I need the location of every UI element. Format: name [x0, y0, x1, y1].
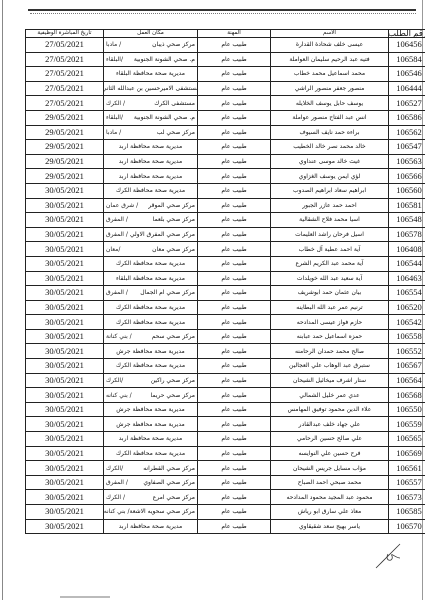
cell-workplace: مديرية صحة محافظة جرش [104, 417, 198, 432]
cell-name: بيان عثمان حمد ابوشريف [271, 286, 389, 301]
cell-profession: طبيب عام [198, 140, 271, 155]
workplace-name: مركز صحي حريما [151, 389, 195, 402]
cell-workplace: مركز صحي بلعما/ المفرق [104, 213, 198, 228]
cell-name: اسيا محمد فلاح الشقالية [271, 213, 389, 228]
cell-start-date: 30/05/2021 [26, 359, 104, 374]
cell-start-date: 29/05/2021 [26, 154, 104, 169]
workplace-wrap: مديرية صحة محافظة الكرك [106, 447, 195, 460]
table-row: 162106559علي جهاد خلف عبدالقادرطبيب عامم… [26, 417, 425, 432]
table-row: 146106560ابراهيم سعاد ابراهيم الصدوبطبيب… [26, 183, 425, 198]
cell-app-no: 106527 [389, 96, 425, 111]
workplace-wrap: مديرية صحة محافظة الكرك [106, 301, 195, 314]
cell-profession: طبيب عام [198, 110, 271, 125]
cell-workplace: مستشفى الكرك/ الكرك [104, 96, 198, 111]
workplace-name: مديرية صحة محافظة اربد [119, 520, 182, 533]
cell-profession: طبيب عام [198, 373, 271, 388]
workplace-wrap: مديرية صحة محافظة البلقاء [106, 67, 195, 80]
cell-profession: طبيب عام [198, 344, 271, 359]
cell-start-date: 30/05/2021 [26, 490, 104, 505]
workplace-wrap: مديرية صحة محافظة جرش [106, 418, 195, 431]
table-row: 160106568عدي عمر خليل الشماليطبيب عاممرك… [26, 388, 425, 403]
cell-profession: طبيب عام [198, 183, 271, 198]
workplace-wrap: مركز صحي لب/ مادبا [106, 126, 195, 139]
cell-workplace: مديرية صحة محافظة جرش [104, 402, 198, 417]
workplace-name: مديرية صحة محافظة اربد [119, 170, 182, 183]
cell-start-date: 30/05/2021 [26, 388, 104, 403]
cell-name: حازم فواز عيسى المدادحه [271, 315, 389, 330]
cell-name: آية سعيد عبد الله خويلدات [271, 271, 389, 286]
cell-profession: طبيب عام [198, 446, 271, 461]
cell-workplace: مركز صحي ام الجمال/ المفرق [104, 286, 198, 301]
workplace-name: مديرية صحة محافظة الكرك [116, 359, 185, 372]
table-row: 149106578اسيل فرحان راشد العليماتطبيب عا… [26, 227, 425, 242]
cell-profession: طبيب عام [198, 475, 271, 490]
table-row: 163106565علي صالح حسين الرحاميطبيب عاممد… [26, 432, 425, 447]
table-row: 136106456عيسى خلف شحادة القدارةطبيب عامم… [26, 38, 425, 53]
bottom-scan-mark [60, 596, 110, 598]
cell-start-date: 27/05/2021 [26, 96, 104, 111]
cell-app-no: 106570 [389, 519, 425, 534]
workplace-region: / مادبا [106, 126, 121, 139]
cell-workplace: مركز صحي الموقر/ شرق عمان [104, 198, 198, 213]
cell-start-date: 30/05/2021 [26, 373, 104, 388]
cell-start-date: 27/05/2021 [26, 81, 104, 96]
table-row: 141106586انس عبد الفتاح منصور عواملةطبيب… [26, 110, 425, 125]
cell-start-date: 30/05/2021 [26, 227, 104, 242]
cell-app-no: 106557 [389, 475, 425, 490]
cell-name: ستبرق عبد الوهاب علي العجالين [271, 359, 389, 374]
cell-app-no: 106569 [389, 446, 425, 461]
cell-app-no: 106520 [389, 300, 425, 315]
cell-start-date: 30/05/2021 [26, 256, 104, 271]
cell-profession: طبيب عام [198, 52, 271, 67]
cell-profession: طبيب عام [198, 505, 271, 520]
workplace-name: مركز صحي الصفاوي [143, 476, 195, 489]
workplace-name: مركز صحي القطرانه [143, 462, 195, 475]
workplace-region: /البلقاء [106, 111, 123, 124]
cell-start-date: 30/05/2021 [26, 198, 104, 213]
cell-name: علي صالح حسين الرحامي [271, 432, 389, 447]
cell-app-no: 106554 [389, 286, 425, 301]
cell-start-date: 30/05/2021 [26, 432, 104, 447]
cell-profession: طبيب عام [198, 286, 271, 301]
cell-workplace: مركز صحي المفرق الاولي/ المفرق [104, 227, 198, 242]
workplace-wrap: مركز صحي سحويه الاشعة/ بني كنانه [106, 505, 195, 518]
cell-workplace: مركز صحي امرع/ الكرك [104, 490, 198, 505]
workplace-wrap: مركز صحي ام الجمال/ المفرق [106, 286, 195, 299]
cell-name: ستار اشرف ميخائيل الشيحان [271, 373, 389, 388]
table-row: 165106561مؤاب مسايل جريس الشيحانطبيب عام… [26, 461, 425, 476]
table-row: 158106567ستبرق عبد الوهاب علي العجالينطب… [26, 359, 425, 374]
page-edge-left [2, 0, 3, 600]
cell-app-no: 106552 [389, 344, 425, 359]
cell-start-date: 30/05/2021 [26, 286, 104, 301]
cell-name: معاذ علي سارق ابو رياش [271, 505, 389, 520]
cell-profession: طبيب عام [198, 81, 271, 96]
cell-profession: طبيب عام [198, 432, 271, 447]
cell-workplace: مركز صحي سحويه الاشعة/ بني كنانه [104, 505, 198, 520]
cell-workplace: مركز صحي معان/معان [104, 242, 198, 257]
cell-workplace: مديرية صحة محافظة اربد [104, 519, 198, 534]
cell-app-no: 106548 [389, 213, 425, 228]
cell-start-date: 29/05/2021 [26, 140, 104, 155]
cell-name: ابراهيم سعاد ابراهيم الصدوب [271, 183, 389, 198]
cell-name: علي جهاد خلف عبدالقادر [271, 417, 389, 432]
workplace-name: مركز صحي ذيبان [152, 38, 195, 51]
header-workplace: مكان العمل [104, 30, 198, 38]
cell-name: ياسر بهيج سعد شقيقاوي [271, 519, 389, 534]
workplace-region: / بني كنانه [106, 389, 132, 402]
table-row: 159106564ستار اشرف ميخائيل الشيحانطبيب ع… [26, 373, 425, 388]
workplace-wrap: مركز صحي ذيبان/ مادبا [106, 38, 195, 51]
cell-start-date: 30/05/2021 [26, 475, 104, 490]
cell-profession: طبيب عام [198, 461, 271, 476]
header-profession: المهنة [198, 30, 271, 38]
top-rule [28, 9, 416, 11]
cell-name: انس عبد الفتاح منصور عواملة [271, 110, 389, 125]
cell-workplace: مديرية صحة محافظة الكرك [104, 315, 198, 330]
workplace-name: مديرية صحة محافظة اربد [119, 432, 182, 445]
appointments-table: ت رقم الطلب الاسم المهنة مكان العمل تاري… [25, 29, 425, 534]
cell-profession: طبيب عام [198, 169, 271, 184]
cell-app-no: 106566 [389, 169, 425, 184]
workplace-wrap: مركز صحي بلعما/ المفرق [106, 213, 195, 226]
cell-profession: طبيب عام [198, 315, 271, 330]
cell-name: عيسى خلف شحادة القدارة [271, 38, 389, 53]
table-row: 140106527يوسف حابل يوسف الخلايلهطبيب عام… [26, 96, 425, 111]
cell-profession: طبيب عام [198, 125, 271, 140]
workplace-wrap: مركز صحي المفرق الاولي/ المفرق [106, 228, 195, 241]
cell-profession: طبيب عام [198, 256, 271, 271]
cell-workplace: مركز صحي راكين/الكرك [104, 373, 198, 388]
workplace-region: /الكرك [106, 462, 123, 475]
cell-app-no: 106559 [389, 417, 425, 432]
cell-start-date: 27/05/2021 [26, 52, 104, 67]
workplace-name: مركز صحي راكين [151, 374, 195, 387]
table-row: 139106444منصور جعفر منصور الراشيطبيب عام… [26, 81, 425, 96]
header-name: الاسم [271, 30, 389, 38]
cell-profession: طبيب عام [198, 227, 271, 242]
workplace-region: / الكرك [106, 491, 125, 504]
workplace-name: مديرية صحة محافظة جرش [116, 403, 184, 416]
cell-app-no: 106584 [389, 52, 425, 67]
cell-profession: طبيب عام [198, 154, 271, 169]
workplace-name: مديرية صحة محافظة جرش [116, 345, 184, 358]
workplace-name: مركز صحي امرع [153, 491, 195, 504]
cell-name: محمد صبحي احمد الصباح [271, 475, 389, 490]
workplace-wrap: مديرية صحة محافظة الكرك [106, 359, 195, 372]
table-row: 152106463آية سعيد عبد الله خويلداتطبيب ع… [26, 271, 425, 286]
workplace-wrap: مركز صحي امرع/ الكرك [106, 491, 195, 504]
table-row: 161106550علاء الدين محمود توفيق المهامسط… [26, 402, 425, 417]
workplace-name: مديرية صحة محافظة الكرك [116, 316, 185, 329]
cell-app-no: 106563 [389, 154, 425, 169]
workplace-wrap: مركز صحي سحم/ بني كنانة [106, 330, 195, 343]
table-row: 145106566لؤي ايمن يوسف الغزاويطبيب عاممد… [26, 169, 425, 184]
cell-start-date: 30/05/2021 [26, 461, 104, 476]
workplace-name: مركز صحي سحم [152, 330, 195, 343]
table-header-row: ت رقم الطلب الاسم المهنة مكان العمل تاري… [26, 30, 425, 38]
cell-name: اسيل فرحان راشد العليمات [271, 227, 389, 242]
table-row: 142106562براءه حمد نايف السيوفطبيب عاممر… [26, 125, 425, 140]
cell-workplace: مديرية صحة محافظة الكرك [104, 183, 198, 198]
cell-profession: طبيب عام [198, 329, 271, 344]
workplace-region: / الكرك [106, 97, 125, 110]
cell-app-no: 106444 [389, 81, 425, 96]
cell-start-date: 30/05/2021 [26, 300, 104, 315]
cell-profession: طبيب عام [198, 359, 271, 374]
cell-workplace: مديرية صحة محافظة الكرك [104, 256, 198, 271]
cell-workplace: مديرية صحة محافظة اربد [104, 154, 198, 169]
cell-name: فتيه عبد الرحيم سليمان العواملة [271, 52, 389, 67]
workplace-region: / مادبا [106, 38, 121, 51]
cell-name: محمود عبد المجيد محمود المدادحه [271, 490, 389, 505]
workplace-wrap: مديرية صحة محافظة الكرك [106, 184, 195, 197]
cell-app-no: 106550 [389, 402, 425, 417]
table-row: 150106408آية احمد عطية آل خطابطبيب عاممر… [26, 242, 425, 257]
workplace-region: / المفرق [106, 476, 128, 489]
cell-name: آية احمد عطية آل خطاب [271, 242, 389, 257]
workplace-name: مركز صحي سحويه الاشعة [130, 505, 196, 518]
cell-start-date: 30/05/2021 [26, 519, 104, 534]
workplace-name: مستشفى الاميرحسين بن عبدالله الثاني [104, 82, 198, 95]
cell-workplace: مركز صحي القطرانه/الكرك [104, 461, 198, 476]
cell-workplace: مديرية صحة محافظة الكرك [104, 300, 198, 315]
cell-start-date: 30/05/2021 [26, 315, 104, 330]
cell-start-date: 30/05/2021 [26, 213, 104, 228]
cell-app-no: 106547 [389, 140, 425, 155]
cell-name: غيث خالد موسى عنداوي [271, 154, 389, 169]
cell-name: براءه حمد نايف السيوف [271, 125, 389, 140]
workplace-region: /الكرك [106, 374, 123, 387]
cell-app-no: 106578 [389, 227, 425, 242]
cell-start-date: 30/05/2021 [26, 183, 104, 198]
cell-profession: طبيب عام [198, 519, 271, 534]
table-body: 136106456عيسى خلف شحادة القدارةطبيب عامم… [26, 38, 425, 534]
table-row: 143106547خالد محمد نصر خالد الخطيبطبيب ع… [26, 140, 425, 155]
header-start-date: تاريخ المباشرة الوظيفية [26, 30, 104, 38]
workplace-wrap: مركز صحي راكين/الكرك [106, 374, 195, 387]
workplace-name: مديرية صحة محافظة الكرك [116, 257, 185, 270]
cell-app-no: 106560 [389, 183, 425, 198]
workplace-wrap: مديرية صحة محافظة اربد [106, 170, 195, 183]
cell-workplace: مديرية صحة محافظة البلقاء [104, 67, 198, 82]
cell-name: مؤاب مسايل جريس الشيحان [271, 461, 389, 476]
cell-workplace: مركز صحي ذيبان/ مادبا [104, 38, 198, 53]
workplace-region: / المفرق [106, 228, 128, 241]
workplace-name: مديرية صحة محافظة البلقاء [116, 272, 185, 285]
cell-name: عدي عمر خليل الشمالي [271, 388, 389, 403]
workplace-wrap: مركز صحي معان/معان [106, 243, 195, 256]
table-row: 144106563غيث خالد موسى عنداويطبيب عاممدي… [26, 154, 425, 169]
workplace-name: مديرية صحة محافظة اربد [119, 155, 182, 168]
cell-workplace: مديرية صحة محافظة جرش [104, 344, 198, 359]
cell-profession: طبيب عام [198, 402, 271, 417]
workplace-region: /معان [106, 243, 120, 256]
table-row: 156106558حمزه اسماعيل حمد عبابنهطبيب عام… [26, 329, 425, 344]
workplace-name: مديرية صحة محافظة الكرك [116, 447, 185, 460]
cell-workplace: مستشفى الاميرحسين بن عبدالله الثاني [104, 81, 198, 96]
workplace-name: مديرية صحة محافظة اربد [119, 140, 182, 153]
cell-profession: طبيب عام [198, 213, 271, 228]
cell-name: لؤي ايمن يوسف الغزاوي [271, 169, 389, 184]
workplace-wrap: مديرية صحة محافظة الكرك [106, 257, 195, 270]
cell-workplace: مركز صحي سحم/ بني كنانة [104, 329, 198, 344]
cell-workplace: مركز صحي حريما/ بني كنانه [104, 388, 198, 403]
cell-workplace: م. صحي الشونة الجنوبية/البلقاء [104, 110, 198, 125]
table-row: 154106520ترنيم عمر عبد الله البطاينهطبيب… [26, 300, 425, 315]
cell-profession: طبيب عام [198, 198, 271, 213]
cell-app-no: 106408 [389, 242, 425, 257]
workplace-name: م. صحي الشونة الجنوبية [134, 111, 195, 124]
workplace-name: مركز صحي الموقر [148, 199, 195, 212]
cell-profession: طبيب عام [198, 417, 271, 432]
workplace-wrap: مركز صحي الصفاوي/ المفرق [106, 476, 195, 489]
table-row: 166106557محمد صبحي احمد الصباحطبيب عاممر… [26, 475, 425, 490]
header-app-no: رقم الطلب [389, 30, 425, 38]
workplace-wrap: مديرية صحة محافظة جرش [106, 345, 195, 358]
workplace-wrap: مديرية صحة محافظة اربد [106, 520, 195, 533]
cell-name: صالح محمد حمدان الرحامنه [271, 344, 389, 359]
workplace-wrap: م. صحي الشونة الجنوبية/البلقاء [106, 111, 195, 124]
workplace-wrap: مديرية صحة محافظة اربد [106, 155, 195, 168]
cell-start-date: 30/05/2021 [26, 417, 104, 432]
workplace-wrap: مديرية صحة محافظة اربد [106, 432, 195, 445]
cell-workplace: مديرية صحة محافظة البلقاء [104, 271, 198, 286]
cell-start-date: 29/05/2021 [26, 125, 104, 140]
cell-profession: طبيب عام [198, 388, 271, 403]
table-row: 138106546محمد اسماعيل محمد خطابطبيب عامم… [26, 67, 425, 82]
cell-name: حمزه اسماعيل حمد عبابنه [271, 329, 389, 344]
workplace-name: مستشفى الكرك [154, 97, 195, 110]
cell-start-date: 30/05/2021 [26, 344, 104, 359]
workplace-wrap: مركز صحي القطرانه/الكرك [106, 462, 195, 475]
cell-workplace: مديرية صحة محافظة الكرك [104, 359, 198, 374]
workplace-name: مركز صحي معان [152, 243, 195, 256]
cell-name: منصور جعفر منصور الراشي [271, 81, 389, 96]
cell-workplace: مديرية صحة محافظة الكرك [104, 446, 198, 461]
signature-mark [374, 540, 404, 570]
cell-profession: طبيب عام [198, 271, 271, 286]
cell-app-no: 106456 [389, 38, 425, 53]
cell-app-no: 106561 [389, 461, 425, 476]
cell-start-date: 29/05/2021 [26, 110, 104, 125]
cell-app-no: 106564 [389, 373, 425, 388]
cell-app-no: 106542 [389, 315, 425, 330]
cell-app-no: 106586 [389, 110, 425, 125]
workplace-wrap: مركز صحي حريما/ بني كنانه [106, 389, 195, 402]
workplace-wrap: مديرية صحة محافظة البلقاء [106, 272, 195, 285]
workplace-region: / المفرق [106, 213, 128, 226]
workplace-wrap: مديرية صحة محافظة اربد [106, 140, 195, 153]
cell-name: يوسف حابل يوسف الخلايله [271, 96, 389, 111]
workplace-name: مركز صحي لب [157, 126, 195, 139]
table-row: 148106548اسيا محمد فلاح الشقاليةطبيب عام… [26, 213, 425, 228]
cell-start-date: 27/05/2021 [26, 67, 104, 82]
cell-name: فرح حسين علي النوايسه [271, 446, 389, 461]
cell-profession: طبيب عام [198, 490, 271, 505]
cell-workplace: مديرية صحة محافظة اربد [104, 169, 198, 184]
cell-start-date: 29/05/2021 [26, 169, 104, 184]
workplace-name: مركز صحي ام الجمال [140, 286, 195, 299]
cell-app-no: 106544 [389, 256, 425, 271]
workplace-region: / بني كنانة [106, 330, 132, 343]
cell-app-no: 106585 [389, 505, 425, 520]
table-row: 151106544آية محمد عبد الكريم الشرعطبيب ع… [26, 256, 425, 271]
cell-name: احمد حمد عازر الجبور [271, 198, 389, 213]
cell-start-date: 27/05/2021 [26, 38, 104, 53]
cell-app-no: 106562 [389, 125, 425, 140]
cell-name: آية محمد عبد الكريم الشرع [271, 256, 389, 271]
table-row: 147106581احمد حمد عازر الجبورطبيب عاممرك… [26, 198, 425, 213]
workplace-name: مديرية صحة محافظة البلقاء [116, 67, 185, 80]
table-row: 137106584فتيه عبد الرحيم سليمان العواملة… [26, 52, 425, 67]
workplace-region: / بني كنانه [104, 505, 130, 518]
cell-workplace: مركز صحي لب/ مادبا [104, 125, 198, 140]
cell-start-date: 30/05/2021 [26, 402, 104, 417]
cell-workplace: م. صحي الشونة الجنوبية/البلقاء [104, 52, 198, 67]
top-dotted-rule [30, 13, 416, 14]
workplace-wrap: مستشفى الاميرحسين بن عبدالله الثاني [106, 82, 195, 95]
cell-app-no: 106558 [389, 329, 425, 344]
workplace-name: م. صحي الشونة الجنوبية [134, 53, 195, 66]
cell-workplace: مركز صحي الصفاوي/ المفرق [104, 475, 198, 490]
workplace-wrap: م. صحي الشونة الجنوبية/البلقاء [106, 53, 195, 66]
workplace-wrap: مديرية صحة محافظة جرش [106, 403, 195, 416]
cell-profession: طبيب عام [198, 242, 271, 257]
workplace-region: / المفرق [106, 286, 128, 299]
cell-name: علاء الدين محمود توفيق المهامس [271, 402, 389, 417]
cell-name: ترنيم عمر عبد الله البطاينه [271, 300, 389, 315]
table-row: 167106573محمود عبد المجيد محمود المدادحه… [26, 490, 425, 505]
cell-name: محمد اسماعيل محمد خطاب [271, 67, 389, 82]
table-row: 157106552صالح محمد حمدان الرحامنهطبيب عا… [26, 344, 425, 359]
workplace-name: مديرية صحة محافظة الكرك [116, 301, 185, 314]
workplace-name: مركز صحي المفرق الاولي [130, 228, 195, 241]
cell-app-no: 106573 [389, 490, 425, 505]
cell-app-no: 106567 [389, 359, 425, 374]
cell-app-no: 106546 [389, 67, 425, 82]
cell-profession: طبيب عام [198, 96, 271, 111]
cell-start-date: 30/05/2021 [26, 505, 104, 520]
workplace-name: مركز صحي بلعما [153, 213, 195, 226]
workplace-wrap: مستشفى الكرك/ الكرك [106, 97, 195, 110]
cell-profession: طبيب عام [198, 67, 271, 82]
workplace-wrap: مديرية صحة محافظة الكرك [106, 316, 195, 329]
cell-start-date: 30/05/2021 [26, 271, 104, 286]
workplace-name: مديرية صحة محافظة الكرك [116, 184, 185, 197]
table-row: 153106554بيان عثمان حمد ابوشريفطبيب عامم… [26, 286, 425, 301]
cell-profession: طبيب عام [198, 300, 271, 315]
cell-profession: طبيب عام [198, 38, 271, 53]
cell-name: خالد محمد نصر خالد الخطيب [271, 140, 389, 155]
table-row: 164106569فرح حسين علي النوايسهطبيب عاممد… [26, 446, 425, 461]
workplace-region: /البلقاء [106, 53, 123, 66]
table-row: 155106542حازم فواز عيسى المدادحهطبيب عام… [26, 315, 425, 330]
workplace-wrap: مركز صحي الموقر/ شرق عمان [106, 199, 195, 212]
cell-app-no: 106463 [389, 271, 425, 286]
cell-app-no: 106581 [389, 198, 425, 213]
cell-app-no: 106565 [389, 432, 425, 447]
cell-start-date: 30/05/2021 [26, 446, 104, 461]
table-row: 168106585معاذ علي سارق ابو رياشطبيب عامم… [26, 505, 425, 520]
table-row: 169106570ياسر بهيج سعد شقيقاويطبيب عاممد… [26, 519, 425, 534]
workplace-name: مديرية صحة محافظة جرش [116, 418, 184, 431]
cell-workplace: مديرية صحة محافظة اربد [104, 140, 198, 155]
cell-workplace: مديرية صحة محافظة اربد [104, 432, 198, 447]
workplace-region: / شرق عمان [106, 199, 138, 212]
cell-start-date: 30/05/2021 [26, 329, 104, 344]
